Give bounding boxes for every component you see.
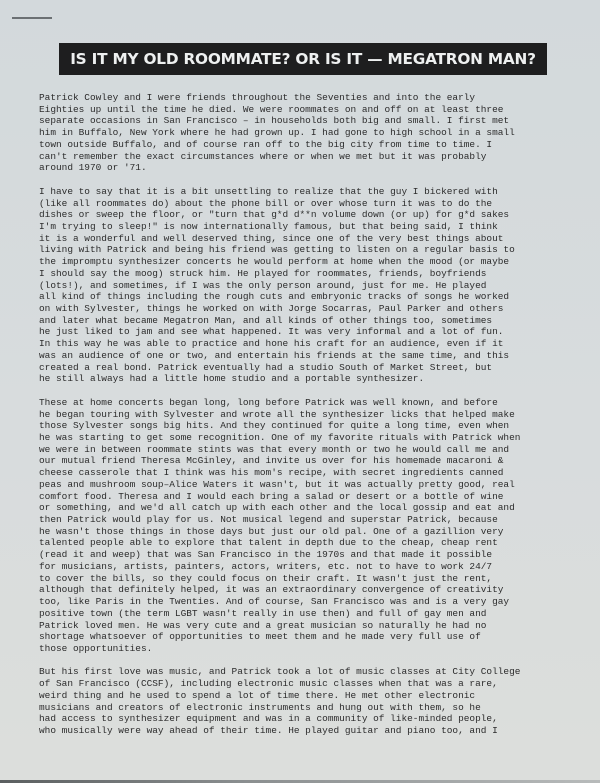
- text-line: (lots!), and sometimes, if I was the onl…: [39, 280, 569, 292]
- paragraph: Patrick Cowley and I were friends throug…: [39, 92, 569, 174]
- text-line: living with Patrick and being his friend…: [39, 244, 569, 256]
- text-line: we were in between roommate stints was t…: [39, 444, 569, 456]
- text-line: (read it and weep) that was San Francisc…: [39, 549, 569, 561]
- text-line: to cover the bills, so they could focus …: [39, 573, 569, 585]
- text-line: was an audience of one or two, and enter…: [39, 350, 569, 362]
- text-line: it is a wonderful and well deserved thin…: [39, 233, 569, 245]
- text-line: the impromptu synthesizer concerts he wo…: [39, 256, 569, 268]
- text-line: dishes or sweep the floor, or "turn that…: [39, 209, 569, 221]
- text-line: those Sylvester songs big hits. And they…: [39, 420, 569, 432]
- text-line: he was starting to get some recognition.…: [39, 432, 569, 444]
- text-line: had access to synthesizer equipment and …: [39, 713, 569, 725]
- text-line: talented people able to explore that tal…: [39, 537, 569, 549]
- text-line: But his first love was music, and Patric…: [39, 666, 569, 678]
- text-line: separate occasions in San Francisco – in…: [39, 115, 569, 127]
- text-line: cheese casserole that I think was his mo…: [39, 467, 569, 479]
- text-line: These at home concerts began long, long …: [39, 397, 569, 409]
- text-line: musicians and creators of electronic ins…: [39, 702, 569, 714]
- article-body: Patrick Cowley and I were friends throug…: [39, 92, 569, 749]
- text-line: of San Francisco (CCSF), including elect…: [39, 678, 569, 690]
- title-banner: IS IT MY OLD ROOMMATE? OR IS IT — MEGATR…: [59, 43, 547, 75]
- text-line: or something, and we'd all catch up with…: [39, 502, 569, 514]
- paragraph: But his first love was music, and Patric…: [39, 666, 569, 736]
- text-line: positive town (the term LGBT wasn't real…: [39, 608, 569, 620]
- text-line: can't remember the exact circumstances w…: [39, 151, 569, 163]
- text-line: he still always had a little home studio…: [39, 373, 569, 385]
- text-line: weird thing and he used to spend a lot o…: [39, 690, 569, 702]
- text-line: then Patrick would play for us. Not musi…: [39, 514, 569, 526]
- text-line: those opportunities.: [39, 643, 569, 655]
- text-line: too, like Paris in the Twenties. And of …: [39, 596, 569, 608]
- text-line: for musicians, artists, painters, actors…: [39, 561, 569, 573]
- text-line: I have to say that it is a bit unsettlin…: [39, 186, 569, 198]
- text-line: comfort food. Theresa and I would each b…: [39, 491, 569, 503]
- text-line: who musically were way ahead of their ti…: [39, 725, 569, 737]
- text-line: Patrick loved men. He was very cute and …: [39, 620, 569, 632]
- paragraph: These at home concerts began long, long …: [39, 397, 569, 655]
- text-line: all kind of things including the rough c…: [39, 291, 569, 303]
- text-line: I'm trying to sleep!" is now internation…: [39, 221, 569, 233]
- text-line: and later what became Megatron Man, and …: [39, 315, 569, 327]
- text-line: Patrick Cowley and I were friends throug…: [39, 92, 569, 104]
- text-line: town outside Buffalo, and of course ran …: [39, 139, 569, 151]
- text-line: around 1970 or '71.: [39, 162, 569, 174]
- text-line: shortage whatsoever of opportunities to …: [39, 631, 569, 643]
- text-line: peas and mushroom soup–Alice Waters it w…: [39, 479, 569, 491]
- text-line: although that definitely helped, it was …: [39, 584, 569, 596]
- text-line: In this way he was able to practice and …: [39, 338, 569, 350]
- article-title: IS IT MY OLD ROOMMATE? OR IS IT — MEGATR…: [70, 50, 536, 68]
- text-line: Eighties up until the time he died. We w…: [39, 104, 569, 116]
- text-line: created a real bond. Patrick eventually …: [39, 362, 569, 374]
- decorative-rule: [12, 17, 52, 19]
- paragraph: I have to say that it is a bit unsettlin…: [39, 186, 569, 385]
- text-line: (like all roommates do) about the phone …: [39, 198, 569, 210]
- text-line: I should say the moog) struck him. He pl…: [39, 268, 569, 280]
- text-line: him in Buffalo, New York where he had gr…: [39, 127, 569, 139]
- text-line: our mutual friend Theresa McGinley, and …: [39, 455, 569, 467]
- text-line: he wasn't those things in those days but…: [39, 526, 569, 538]
- text-line: he just liked to jam and see what happen…: [39, 326, 569, 338]
- text-line: he began touring with Sylvester and wrot…: [39, 409, 569, 421]
- text-line: on with Sylvester, things he worked on w…: [39, 303, 569, 315]
